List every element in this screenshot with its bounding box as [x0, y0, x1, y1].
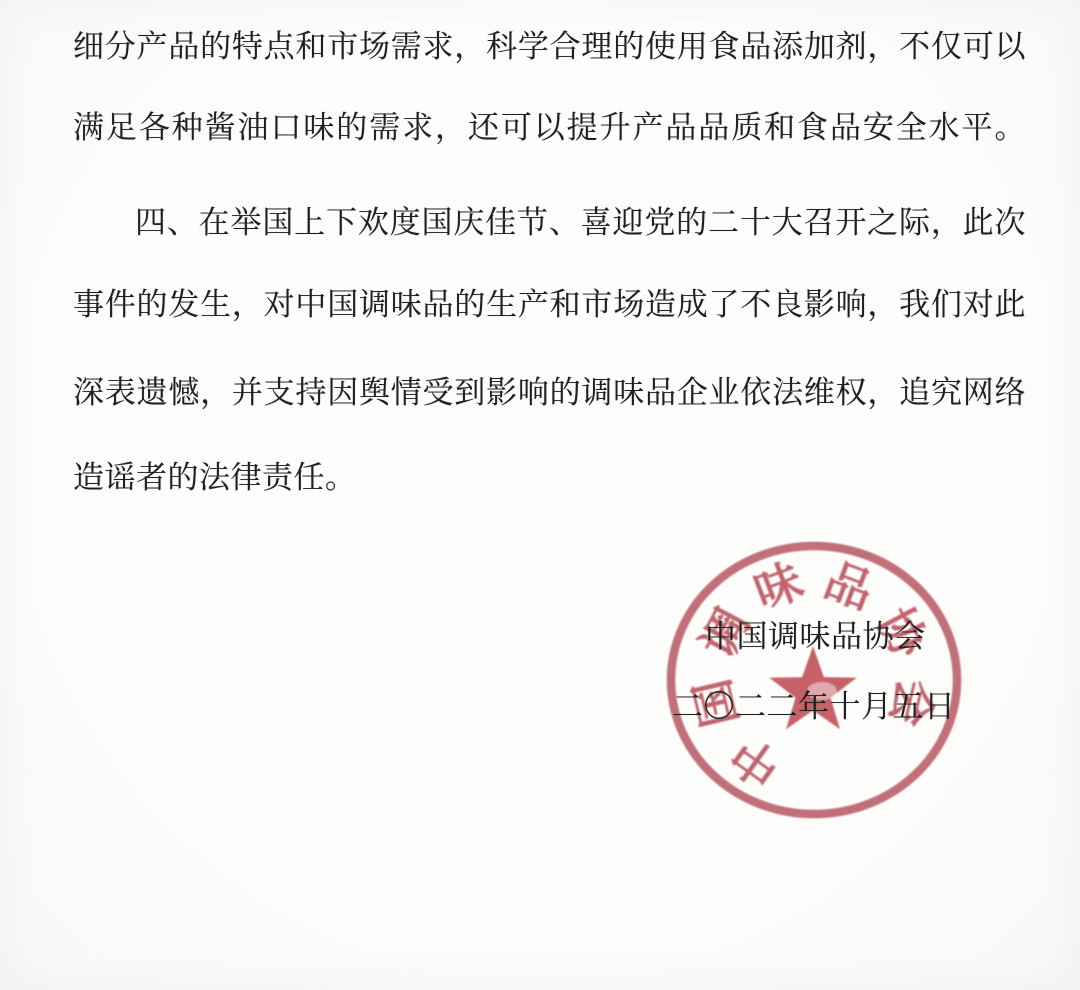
- stamp-char: 味: [748, 555, 810, 620]
- body-line: 深表遗憾，并支持因舆情受到影响的调味品企业依法维权，追究网络: [73, 373, 1026, 413]
- body-line: 细分产品的特点和市场需求，科学合理的使用食品添加剂，不仅可以: [73, 27, 1026, 67]
- body-line: 造谣者的法律责任。: [73, 458, 1026, 498]
- body-line: 事件的发生，对中国调味品的生产和市场造成了不良影响，我们对此: [73, 285, 1026, 325]
- stamp-char: 中: [722, 726, 790, 796]
- stamp-ring-text: 中 国 调 味 品 协 会: [687, 555, 941, 796]
- signature-date: 二〇二二年十月五日: [672, 688, 956, 726]
- signature-organization: 中国调味品协会: [705, 618, 926, 656]
- stamp-ring: [671, 546, 957, 814]
- body-line: 满足各种酱油口味的需求，还可以提升产品品质和食品安全水平。: [73, 108, 1026, 148]
- document-page: 细分产品的特点和市场需求，科学合理的使用食品添加剂，不仅可以 满足各种酱油口味的…: [0, 0, 1080, 990]
- body-line: 四、在举国上下欢度国庆佳节、喜迎党的二十大召开之际，此次: [73, 203, 1026, 243]
- stamp-char: 品: [818, 555, 880, 620]
